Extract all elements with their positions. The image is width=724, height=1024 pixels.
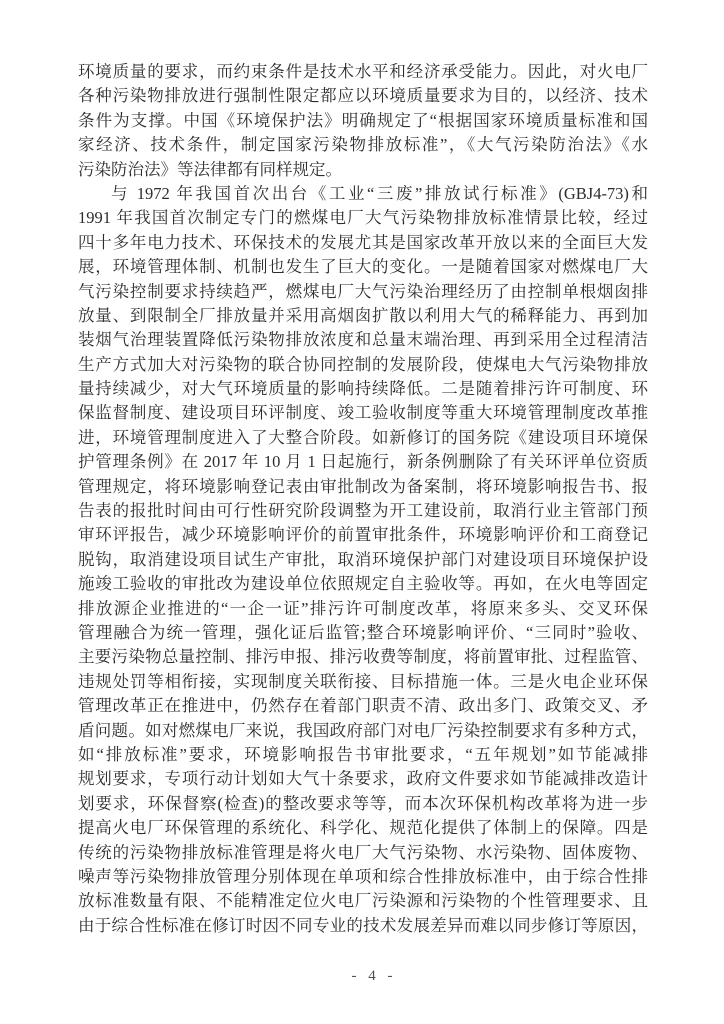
text-line: 管理规定，将环境影响登记表由审批制改为备案制，将环境影响报告书、报: [78, 475, 648, 499]
text-line: 生产方式加大对污染物的联合协同控制的发展阶段，使煤电大气污染物排放: [78, 353, 648, 377]
text-line: 噪声等污染物排放管理分别体现在单项和综合性排放标准中，由于综合性排: [78, 865, 648, 889]
document-page: 环境质量的要求，而约束条件是技术水平和经济承受能力。因此，对火电厂各种污染物排放…: [0, 0, 724, 1024]
document-body: 环境质量的要求，而约束条件是技术水平和经济承受能力。因此，对火电厂各种污染物排放…: [78, 60, 648, 938]
paragraph: 环境质量的要求，而约束条件是技术水平和经济承受能力。因此，对火电厂各种污染物排放…: [78, 60, 648, 182]
text-line: 装烟气治理装置降低污染物排放浓度和总量末端治理、再到采用全过程清洁: [78, 328, 648, 352]
text-line: 护管理条例》在 2017 年 10 月 1 日起施行，新条例删除了有关环评单位资…: [78, 450, 648, 474]
text-line: 1991 年我国首次制定专门的燃煤电厂大气污染物排放标准情景比较，经过: [78, 206, 648, 230]
paragraph: 与 1972 年我国首次出台《工业“三废”排放试行标准》(GBJ4-73)和19…: [78, 182, 648, 938]
text-line: 施竣工验收的审批改为建设单位依照规定自主验收等。再如，在火电等固定: [78, 572, 648, 596]
text-line: 条件为支撑。中国《环境保护法》明确规定了“根据国家环境质量标准和国: [78, 109, 648, 133]
text-line: 划要求，环保督察(检查)的整改要求等等，而本次环保机构改革将为进一步: [78, 792, 648, 816]
text-line: 排放源企业推进的“一企一证”排污许可制度改革，将原来多头、交叉环保: [78, 597, 648, 621]
text-line: 家经济、技术条件，制定国家污染物排放标准”，《大气污染防治法》《水: [78, 133, 648, 157]
text-line: 脱钩，取消建设项目试生产审批，取消环境保护部门对建设项目环境保护设: [78, 548, 648, 572]
text-line: 规划要求，专项行动计划如大气十条要求，政府文件要求如节能减排改造计: [78, 767, 648, 791]
text-line: 气污染控制要求持续趋严，燃煤电厂大气污染治理经历了由控制单根烟囱排: [78, 280, 648, 304]
text-line: 由于综合性标准在修订时因不同专业的技术发展差异而难以同步修订等原因，: [78, 914, 648, 938]
text-line: 如“排放标准”要求，环境影响报告书审批要求，“五年规划”如节能减排: [78, 743, 648, 767]
text-line: 保监督制度、建设项目环评制度、竣工验收制度等重大环境管理制度改革推: [78, 401, 648, 425]
text-line: 放标准数量有限、不能精准定位火电厂污染源和污染物的个性管理要求、且: [78, 889, 648, 913]
text-line: 进，环境管理制度进入了大整合阶段。如新修订的国务院《建设项目环境保: [78, 426, 648, 450]
text-line: 各种污染物排放进行强制性限定都应以环境质量要求为目的，以经济、技术: [78, 84, 648, 108]
text-line: 环境质量的要求，而约束条件是技术水平和经济承受能力。因此，对火电厂: [78, 60, 648, 84]
text-line: 违规处罚等相衔接，实现制度关联衔接、目标措施一体。三是火电企业环保: [78, 670, 648, 694]
text-line: 告表的报批时间由可行性研究阶段调整为开工建设前，取消行业主管部门预: [78, 499, 648, 523]
page-footer: - 4 -: [0, 966, 724, 986]
text-line: 量持续减少，对大气环境质量的影响持续降低。二是随着排污许可制度、环: [78, 377, 648, 401]
text-line: 四十多年电力技术、环保技术的发展尤其是国家改革开放以来的全面巨大发: [78, 231, 648, 255]
text-line: 提高火电厂环保管理的系统化、科学化、规范化提供了体制上的保障。四是: [78, 816, 648, 840]
text-line: 污染防治法》等法律都有同样规定。: [78, 158, 648, 182]
text-line: 放量、到限制全厂排放量并采用高烟囱扩散以利用大气的稀释能力、再到加: [78, 304, 648, 328]
text-line: 审环评报告，减少环境影响评价的前置审批条件，环境影响评价和工商登记: [78, 523, 648, 547]
text-line: 管理融合为统一管理，强化证后监管;整合环境影响评价、“三同时”验收、: [78, 621, 648, 645]
text-line: 与 1972 年我国首次出台《工业“三废”排放试行标准》(GBJ4-73)和: [78, 182, 648, 206]
text-line: 盾问题。如对燃煤电厂来说，我国政府部门对电厂污染控制要求有多种方式，: [78, 719, 648, 743]
text-line: 传统的污染物排放标准管理是将火电厂大气污染物、水污染物、固体废物、: [78, 841, 648, 865]
text-line: 主要污染物总量控制、排污申报、排污收费等制度，将前置审批、过程监管、: [78, 645, 648, 669]
text-line: 展，环境管理体制、机制也发生了巨大的变化。一是随着国家对燃煤电厂大: [78, 255, 648, 279]
text-line: 管理改革正在推进中，仍然存在着部门职责不清、政出多门、政策交叉、矛: [78, 694, 648, 718]
page-number: - 4 -: [352, 966, 397, 986]
